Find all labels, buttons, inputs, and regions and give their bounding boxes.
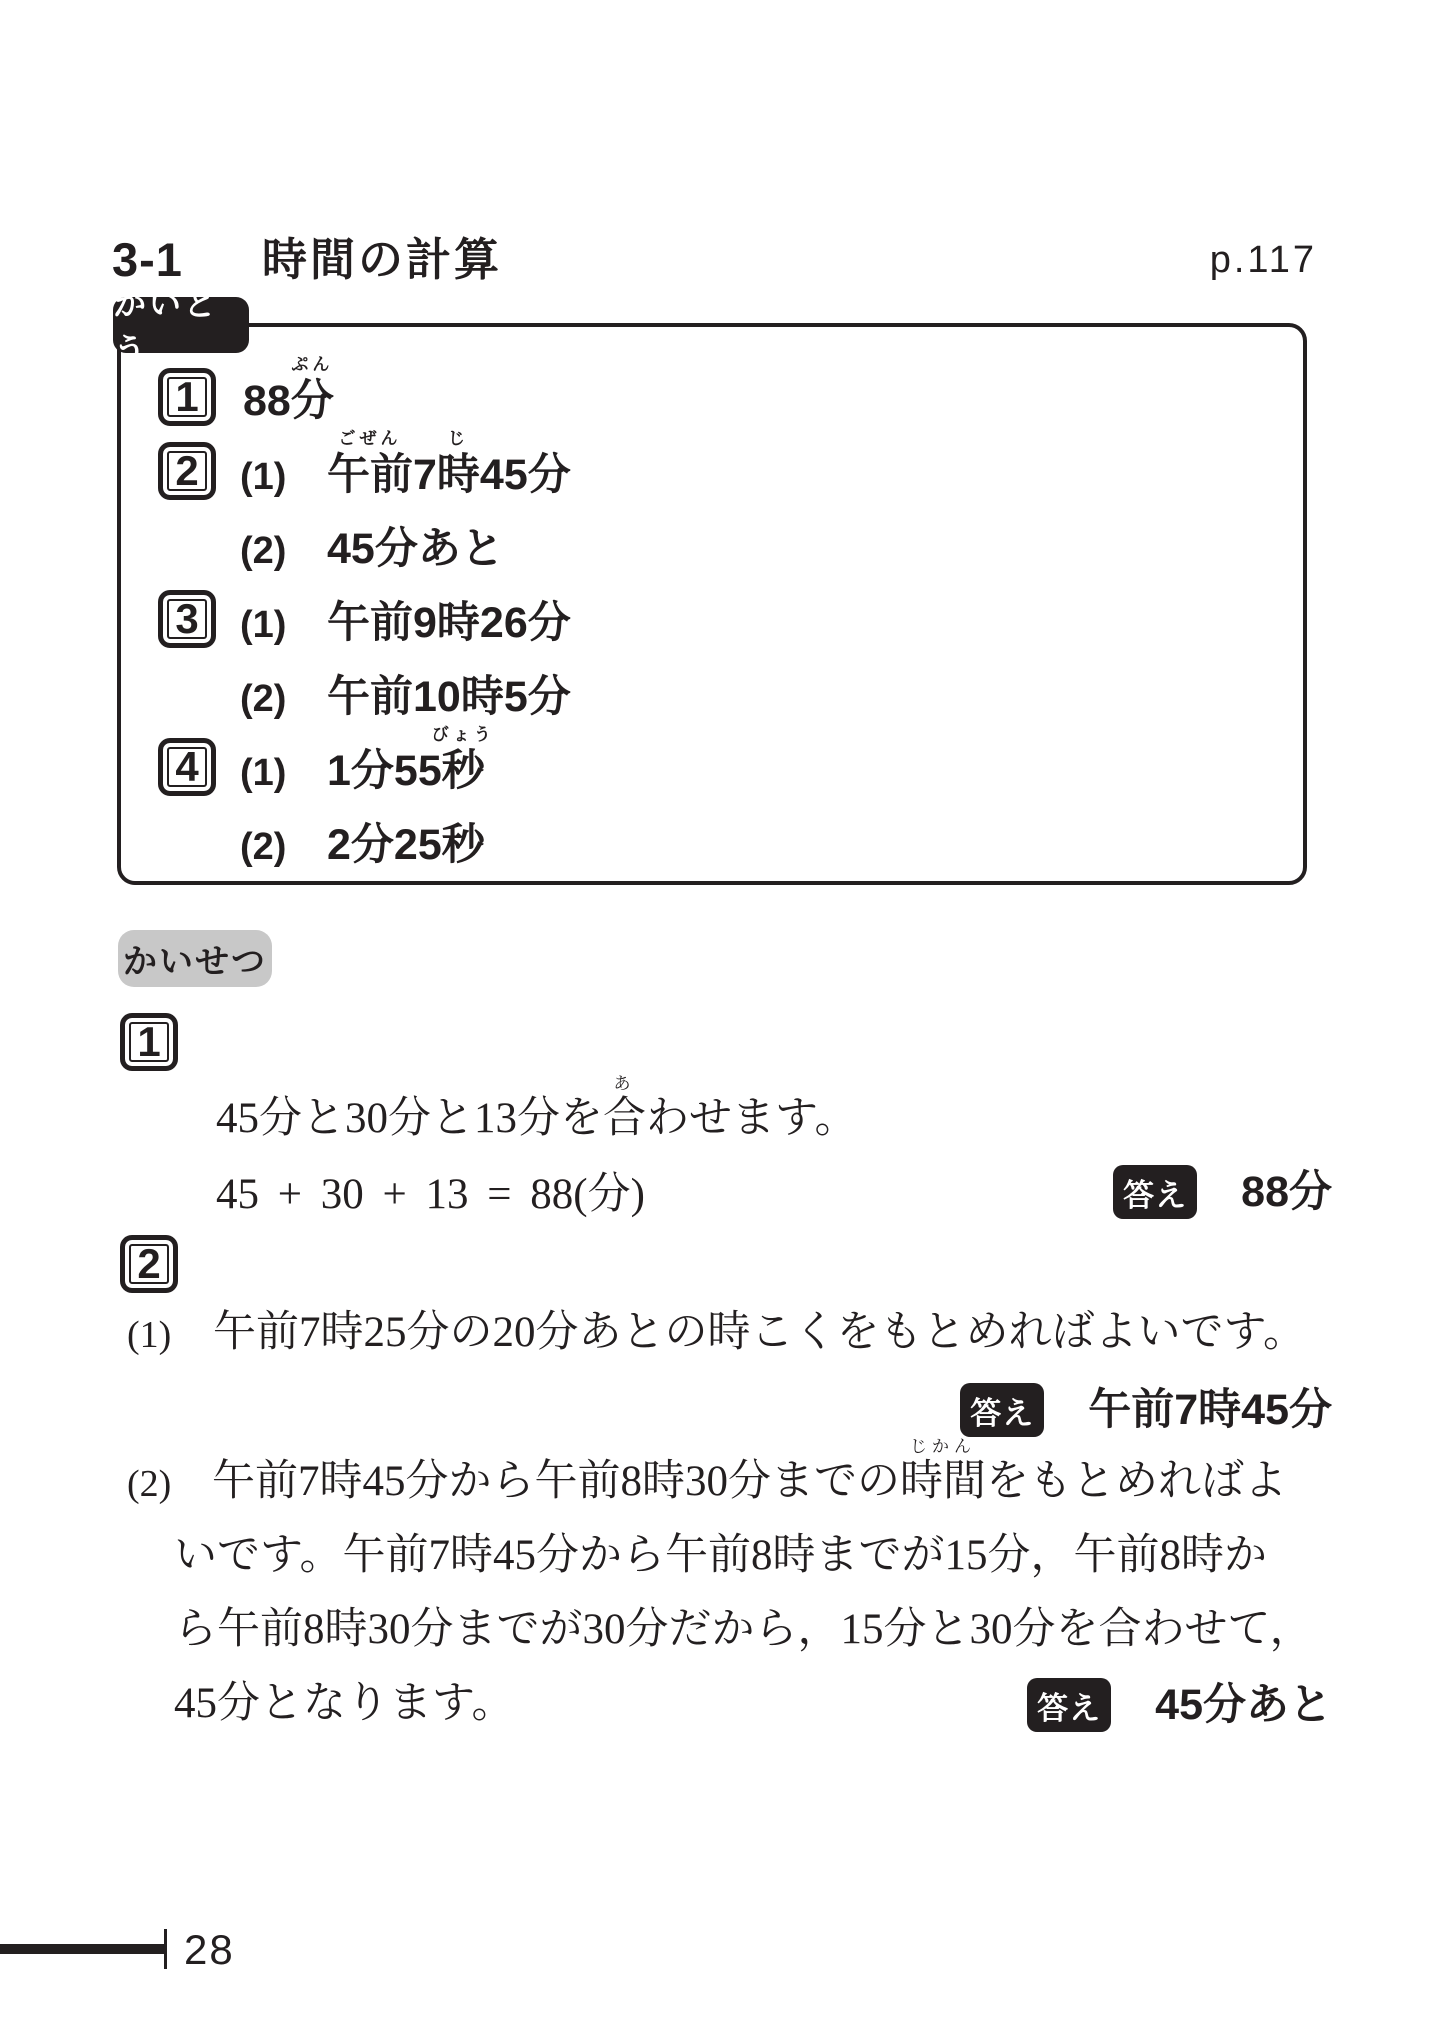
kotae-badge: 答え bbox=[960, 1383, 1044, 1437]
ruby-base: 時 bbox=[437, 451, 480, 499]
problem-number: 3 bbox=[175, 598, 198, 640]
page-number: 28 bbox=[184, 1929, 235, 1971]
problem-number-box: 2 bbox=[120, 1235, 178, 1293]
kaitou-badge: かいとう bbox=[113, 297, 249, 353]
ruby-base: 分 bbox=[291, 377, 334, 425]
explanation-line: 45分と30分と13分を合あわせます。 bbox=[216, 1097, 858, 1140]
subitem-label: (2) bbox=[240, 532, 286, 570]
subitem-label: (2) bbox=[240, 680, 286, 718]
answer-segment: 1分55 bbox=[327, 747, 442, 795]
kotae-badge: 答え bbox=[1027, 1678, 1111, 1732]
explanation-line: いです。午前7時45分から午前8時までが15分，午前8時か bbox=[174, 1534, 1267, 1577]
ruby-group: 合あ bbox=[603, 1095, 646, 1142]
text-segment: 45分と30分と13分を bbox=[216, 1095, 603, 1142]
subitem-marker: (1) bbox=[127, 1316, 171, 1354]
kotae-badge: 答え bbox=[1113, 1165, 1197, 1219]
answer-row: 答え 45分あと bbox=[1027, 1677, 1332, 1733]
problem-number-box: 3 bbox=[158, 590, 216, 648]
explanation-line: 午前7時45分から午前8時30分までの時間じかんをもとめればよ bbox=[212, 1460, 1287, 1503]
ruby-group: 午前ごぜん bbox=[327, 451, 413, 499]
ruby-group: 時間じかん bbox=[900, 1458, 986, 1505]
answer-value: 45分あと bbox=[1155, 1684, 1332, 1727]
answer-segment: 7 bbox=[413, 451, 437, 499]
page-reference: p.117 bbox=[1210, 241, 1317, 279]
answer-text: 45分あと bbox=[327, 528, 504, 571]
answer-segment: 45分 bbox=[480, 451, 571, 499]
ruby-group: 分ぷん bbox=[291, 377, 334, 425]
furigana: ぷん bbox=[291, 356, 333, 373]
textbook-answer-page: 3-1 時間の計算 p.117 かいとう 1 88分ぷん 2 (1) 午前ごぜん… bbox=[0, 0, 1440, 2043]
answer-text: 2分25秒 bbox=[327, 824, 485, 867]
answer-text: 88分ぷん bbox=[243, 380, 334, 423]
furigana: じかん bbox=[910, 1438, 976, 1455]
problem-number: 1 bbox=[137, 1021, 160, 1063]
answer-segment: 88 bbox=[243, 377, 291, 425]
subitem-marker: (2) bbox=[127, 1465, 171, 1503]
furigana: ごぜん bbox=[339, 430, 402, 447]
ruby-group: 時じ bbox=[437, 451, 480, 499]
subitem-label: (2) bbox=[240, 828, 286, 866]
answer-text: 1分55秒びょう bbox=[327, 750, 485, 793]
subitem-label: (1) bbox=[240, 606, 286, 644]
kaisetsu-badge: かいせつ bbox=[118, 930, 272, 987]
problem-number-box: 1 bbox=[120, 1013, 178, 1071]
answer-text: 午前ごぜん7時じ45分 bbox=[327, 454, 571, 497]
answer-row: 答え 88分 bbox=[1113, 1164, 1332, 1220]
equation: 45 + 30 + 13 = 88(分) bbox=[216, 1173, 645, 1216]
section-number: 3-1 bbox=[112, 236, 183, 283]
text-segment: をもとめればよ bbox=[986, 1458, 1287, 1505]
furigana: びょう bbox=[432, 726, 495, 743]
text-segment: わせます。 bbox=[646, 1095, 858, 1142]
answer-value: 88分 bbox=[1241, 1171, 1332, 1214]
ruby-base: 秒 bbox=[442, 747, 485, 795]
problem-number: 4 bbox=[175, 746, 198, 788]
explanation-line: 45分となります。 bbox=[174, 1682, 515, 1725]
answer-row: 答え 午前7時45分 bbox=[960, 1382, 1332, 1438]
subitem-label: (1) bbox=[240, 458, 286, 496]
section-title: 時間の計算 bbox=[262, 237, 502, 282]
subitem-label: (1) bbox=[240, 754, 286, 792]
problem-number-box: 2 bbox=[158, 442, 216, 500]
explanation-line: ら午前8時30分までが30分だから，15分と30分を合わせて， bbox=[174, 1608, 1313, 1651]
explanation-line: 午前7時25分の20分あとの時こくをもとめればよいです。 bbox=[213, 1311, 1306, 1354]
answer-value: 午前7時45分 bbox=[1088, 1389, 1332, 1432]
answer-text: 午前9時26分 bbox=[327, 602, 571, 645]
ruby-base: 午前 bbox=[327, 451, 413, 499]
problem-number: 1 bbox=[175, 376, 198, 418]
ruby-group: 秒びょう bbox=[442, 747, 485, 795]
ruby-base: 合 bbox=[603, 1095, 646, 1142]
answer-text: 午前10時5分 bbox=[327, 676, 571, 719]
problem-number: 2 bbox=[137, 1243, 160, 1285]
footer-tick bbox=[164, 1929, 167, 1969]
ruby-base: 時間 bbox=[900, 1458, 986, 1505]
problem-number: 2 bbox=[175, 450, 198, 492]
furigana: あ bbox=[614, 1075, 636, 1092]
text-segment: 午前7時45分から午前8時30分までの bbox=[212, 1458, 900, 1505]
furigana: じ bbox=[448, 430, 469, 447]
problem-number-box: 1 bbox=[158, 368, 216, 426]
footer-rule bbox=[0, 1944, 166, 1954]
problem-number-box: 4 bbox=[158, 738, 216, 796]
